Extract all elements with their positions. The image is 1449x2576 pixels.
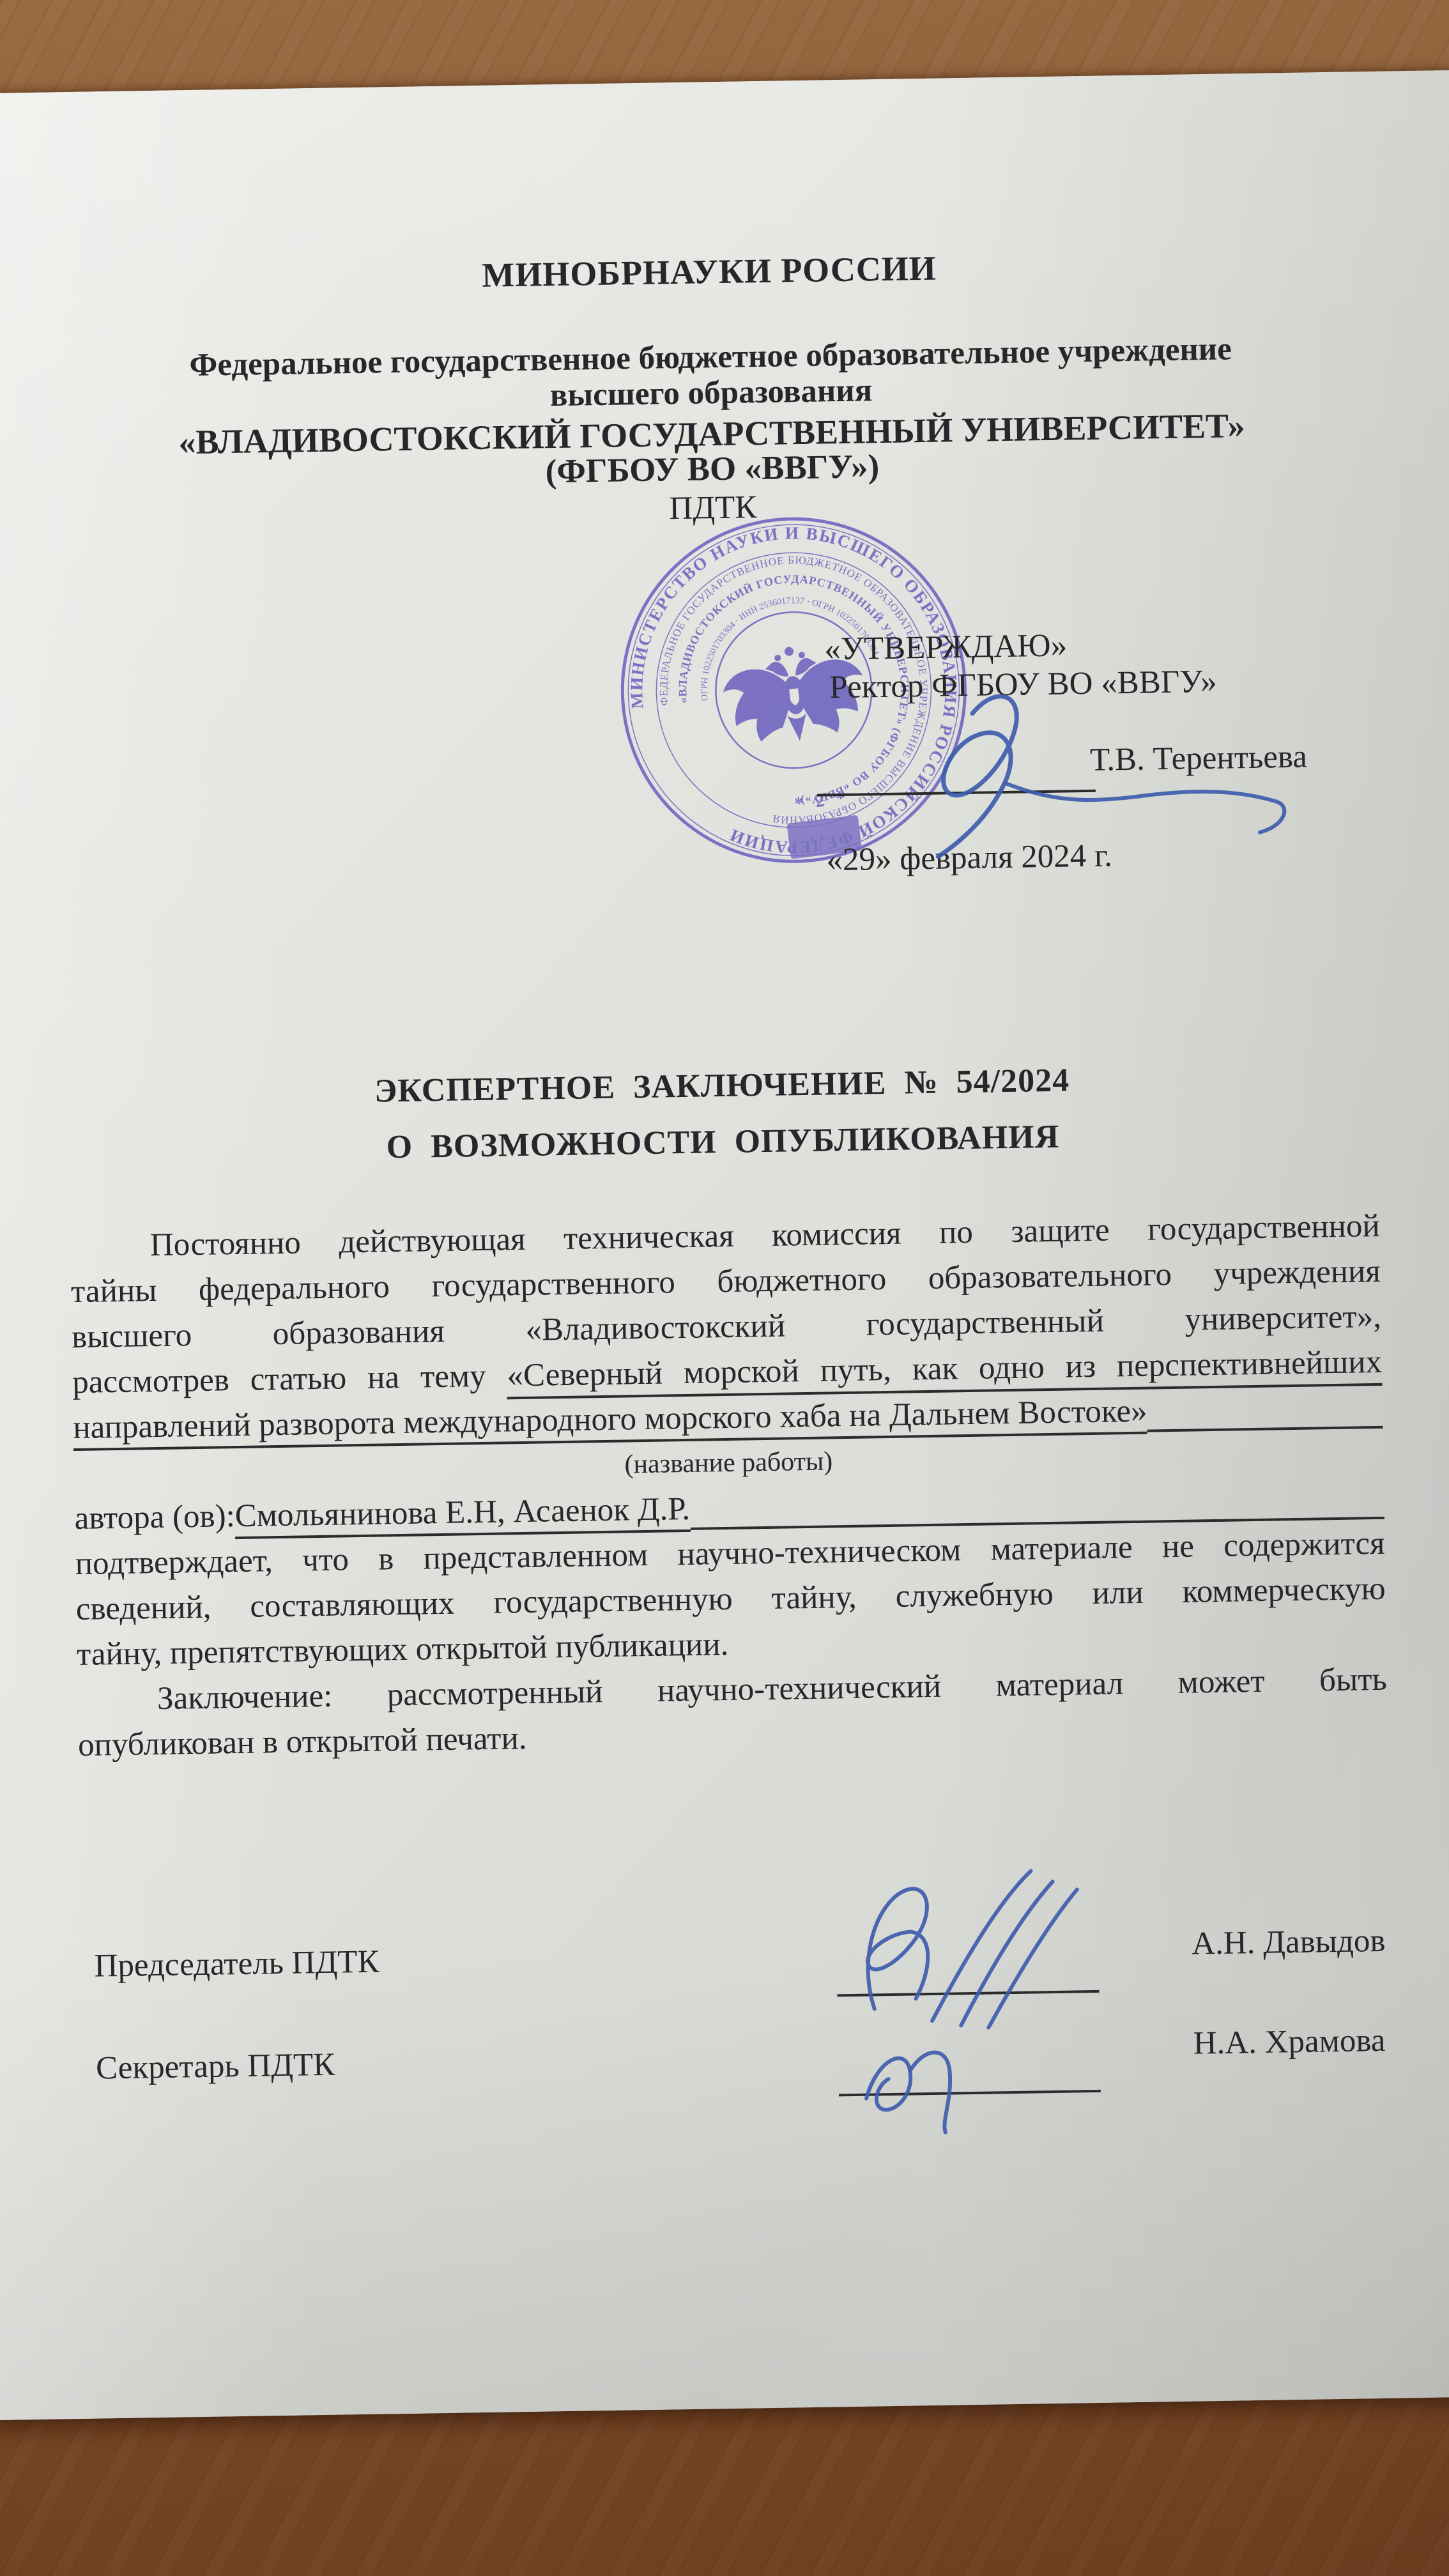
authors-names: Смольянинова Е.Н, Асаенок Д.Р. [234,1487,690,1539]
chairman-name: А.Н. Давыдов [1192,1922,1386,1963]
secretary-signature [843,2012,1062,2143]
approve-word: «УТВЕРЖДАЮ» [824,627,1068,668]
document-paper: МИНИСТЕРСТВО НАУКИ И ВЫСШЕГО ОБРАЗОВАНИЯ… [0,70,1449,2420]
blank-underline [1147,1385,1383,1432]
secretary-name: Н.А. Храмова [1193,2022,1386,2062]
rector-signature [860,673,1310,872]
ministry-name: МИНОБРНАУКИ РОССИИ [0,240,1449,303]
document-body: Постоянно действующая техническая комисс… [70,1204,1388,1768]
chairman-label: Председатель ПДТК [94,1943,379,1985]
secretary-label: Секретарь ПДТК [96,2046,335,2087]
authors-label: автора (ов): [74,1494,235,1542]
work-title-intro: рассмотрев статью на тему [72,1358,507,1400]
document-title: ЭКСПЕРТНОЕ ЗАКЛЮЧЕНИЕ № 54/2024 О ВОЗМОЖ… [0,1046,1449,1183]
